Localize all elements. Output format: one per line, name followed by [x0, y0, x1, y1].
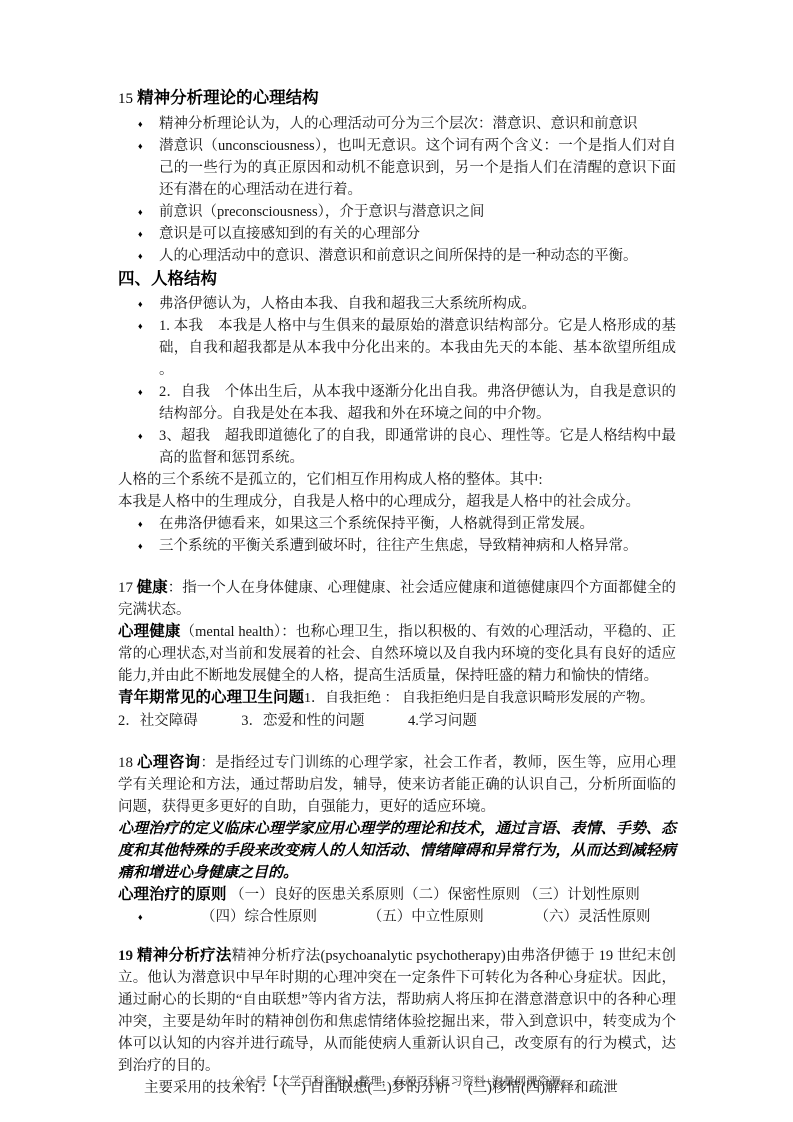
section-17-health-label: 健康 — [137, 579, 168, 596]
mental-health-paragraph: 心理健康（mental health）：也称心理卫生，指以积极的、有效的心理活动… — [118, 621, 676, 687]
youth-problems-label: 青年期常见的心理卫生问题 — [118, 689, 304, 706]
counseling-text: ：是指经过专门训练的心理学家，社会工作者，教师，医生等，应用心理学有关理论和方法… — [118, 755, 676, 815]
bullet-item: ♦弗洛伊德认为，人格由本我、自我和超我三大系统所构成。 — [118, 293, 676, 315]
treatment-principles-line2: ♦（四）综合性原则 （五）中立性原则 （六）灵活性原则 — [118, 906, 676, 928]
section-4-paragraph-2: 本我是人格中的生理成分，自我是人格中的心理成分，超我是人格中的社会成分。 — [118, 491, 676, 513]
youth-problems-paragraph: 青年期常见的心理卫生问题1．自我拒绝 ： 自我拒绝归是自我意识畸形发展的产物。 — [118, 687, 676, 710]
treatment-principles-text: （一）良好的医患关系原则（二）保密性原则 （三）计划性原则 — [230, 887, 640, 903]
section-19-number: 19 — [118, 948, 133, 964]
bullet-text: 人的心理活动中的意识、潜意识和前意识之间所保持的是一种动态的平衡。 — [159, 245, 676, 267]
treatment-principles-label: 心理治疗的原则 — [118, 886, 227, 903]
section-4-title: 四、人格结构 — [118, 269, 217, 288]
bullet-text: 潜意识（unconsciousness），也叫无意识。这个词有两个含义：一个是指… — [159, 135, 676, 201]
bullet-item: ♦精神分析理论认为，人的心理活动可分为三个层次：潜意识、意识和前意识 — [118, 113, 676, 135]
bullet-text: 三个系统的平衡关系遭到破坏时，往往产生焦虑，导致精神病和人格异常。 — [159, 535, 676, 557]
bullet-text: 意识是可以直接感知到的有关的心理部分 — [159, 223, 676, 245]
bullet-item: ♦潜意识（unconsciousness），也叫无意识。这个词有两个含义：一个是… — [118, 135, 676, 201]
section-4-bullet-list: ♦弗洛伊德认为，人格由本我、自我和超我三大系统所构成。 ♦1. 本我 本我是人格… — [118, 293, 676, 469]
bullet-diamond-icon: ♦ — [138, 113, 159, 135]
section-17-health-paragraph: 17 健康：指一个人在身体健康、心理健康、社会适应健康和道德健康四个方面都健全的… — [118, 577, 676, 621]
bullet-item: ♦三个系统的平衡关系遭到破坏时，往往产生焦虑，导致精神病和人格异常。 — [118, 535, 676, 557]
section-15-bullet-list: ♦精神分析理论认为，人的心理活动可分为三个层次：潜意识、意识和前意识 ♦潜意识（… — [118, 113, 676, 267]
section-15-number: 15 — [118, 91, 133, 107]
bullet-item: ♦前意识（preconsciousness），介于意识与潜意识之间 — [118, 201, 676, 223]
bullet-text: 1. 本我 本我是人格中与生俱来的最原始的潜意识结构部分。它是人格形成的基础，自… — [159, 315, 676, 381]
bullet-item: ♦人的心理活动中的意识、潜意识和前意识之间所保持的是一种动态的平衡。 — [118, 245, 676, 267]
section-15-title: 精神分析理论的心理结构 — [137, 88, 319, 107]
section-17: 17 健康：指一个人在身体健康、心理健康、社会适应健康和道德健康四个方面都健全的… — [118, 577, 676, 732]
bullet-diamond-icon: ♦ — [138, 425, 159, 447]
bullet-item: ♦2．自我 个体出生后，从本我中逐渐分化出自我。弗洛伊德认为，自我是意识的结构部… — [118, 381, 676, 425]
section-17-health-text: ：指一个人在身体健康、心理健康、社会适应健康和道德健康四个方面都健全的完满状态。 — [118, 580, 676, 618]
bullet-text: 2．自我 个体出生后，从本我中逐渐分化出自我。弗洛伊德认为，自我是意识的结构部分… — [159, 381, 676, 425]
section-18-number: 18 — [118, 755, 133, 771]
mental-health-text: （mental health）：也称心理卫生，指以积极的、有效的心理活动，平稳的… — [118, 624, 676, 684]
bullet-item: ♦3、超我 超我即道德化了的自我，即通常讲的良心、理性等。它是人格结构中最高的监… — [118, 425, 676, 469]
bullet-diamond-icon: ♦ — [138, 315, 159, 337]
section-17-number: 17 — [118, 580, 133, 596]
bullet-diamond-icon: ♦ — [138, 135, 159, 157]
bullet-text: 前意识（preconsciousness），介于意识与潜意识之间 — [159, 201, 676, 223]
bullet-diamond-icon: ♦ — [138, 293, 159, 315]
document-content: 15 精神分析理论的心理结构 ♦精神分析理论认为，人的心理活动可分为三个层次：潜… — [118, 86, 676, 1099]
bullet-item: ♦在弗洛伊德看来，如果这三个系统保持平衡，人格就得到正常发展。 — [118, 513, 676, 535]
bullet-diamond-icon: ♦ — [138, 535, 159, 557]
section-4-heading: 四、人格结构 — [118, 267, 676, 291]
counseling-paragraph: 18 心理咨询：是指经过专门训练的心理学家，社会工作者，教师，医生等，应用心理学… — [118, 752, 676, 818]
treatment-definition-paragraph: 心理治疗的定义临床心理学家应用心理学的理论和技术，通过言语、表情、手势、态度和其… — [118, 818, 676, 884]
section-18: 18 心理咨询：是指经过专门训练的心理学家，社会工作者，教师，医生等，应用心理学… — [118, 752, 676, 928]
bullet-diamond-icon: ♦ — [138, 906, 159, 928]
bullet-diamond-icon: ♦ — [138, 223, 159, 245]
youth-problems-line2: 2．社交障碍 3．恋爱和性的问题 4.学习问题 — [118, 710, 676, 732]
bullet-diamond-icon: ♦ — [138, 245, 159, 267]
counseling-label: 心理咨询 — [137, 754, 201, 771]
bullet-diamond-icon: ♦ — [138, 381, 159, 403]
bullet-text: 精神分析理论认为，人的心理活动可分为三个层次：潜意识、意识和前意识 — [159, 113, 676, 135]
bullet-text: 弗洛伊德认为，人格由本我、自我和超我三大系统所构成。 — [159, 293, 676, 315]
treatment-principles-line2-text: （四）综合性原则 （五）中立性原则 （六）灵活性原则 — [159, 906, 676, 928]
bullet-item: ♦意识是可以直接感知到的有关的心理部分 — [118, 223, 676, 245]
bullet-diamond-icon: ♦ — [138, 201, 159, 223]
section-15-heading: 15 精神分析理论的心理结构 — [118, 86, 676, 111]
treatment-principles-paragraph: 心理治疗的原则 （一）良好的医患关系原则（二）保密性原则 （三）计划性原则 — [118, 884, 676, 906]
section-4-bullet-list-2: ♦在弗洛伊德看来，如果这三个系统保持平衡，人格就得到正常发展。 ♦三个系统的平衡… — [118, 513, 676, 557]
document-page: 15 精神分析理论的心理结构 ♦精神分析理论认为，人的心理活动可分为三个层次：潜… — [0, 0, 793, 1122]
section-4-paragraph-1: 人格的三个系统不是孤立的，它们相互作用构成人格的整体。其中: — [118, 469, 676, 491]
psychoanalytic-therapy-label: 精神分析疗法 — [137, 947, 232, 964]
psychoanalytic-therapy-paragraph: 19 精神分析疗法精神分析疗法(psychoanalytic psychothe… — [118, 945, 676, 1077]
psychoanalytic-therapy-text: 精神分析疗法(psychoanalytic psychotherapy)由弗洛伊… — [118, 948, 676, 1074]
bullet-diamond-icon: ♦ — [138, 513, 159, 535]
mental-health-label: 心理健康 — [118, 623, 181, 640]
youth-problems-text: 1．自我拒绝 ： 自我拒绝归是自我意识畸形发展的产物。 — [304, 691, 654, 706]
bullet-text: 3、超我 超我即道德化了的自我，即通常讲的良心、理性等。它是人格结构中最高的监督… — [159, 425, 676, 469]
bullet-item: ♦1. 本我 本我是人格中与生俱来的最原始的潜意识结构部分。它是人格形成的基础，… — [118, 315, 676, 381]
bullet-text: 在弗洛伊德看来，如果这三个系统保持平衡，人格就得到正常发展。 — [159, 513, 676, 535]
page-footer-watermark: 公众号【大学百科资料】整理，有超百科复习资料+海量网课资源 — [0, 1074, 793, 1090]
